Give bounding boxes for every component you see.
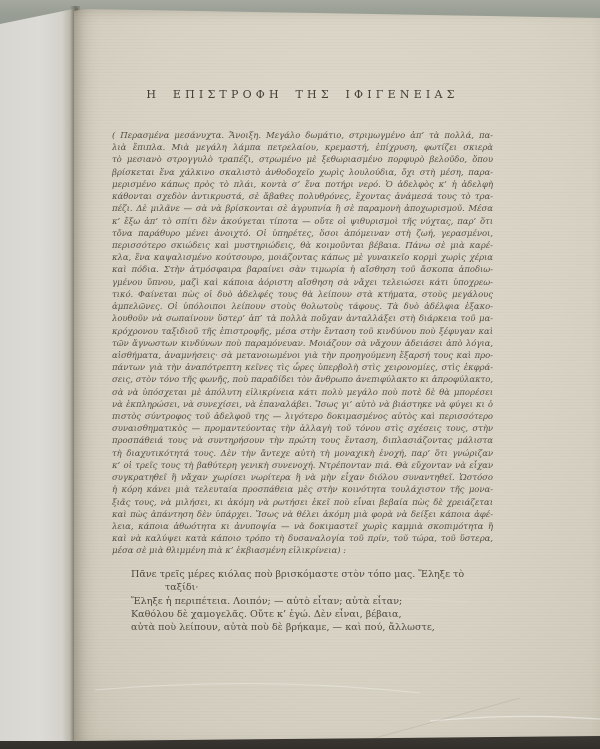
stage-direction-line: συναισθηματικὸς — προμαντεύοντας τὴν ἀλλ…	[112, 423, 493, 435]
stage-direction-line: κρόχρονου ταξιδιοῦ τῆς ἐπιστροφῆς, μέσα …	[112, 326, 493, 338]
page-title: Η ΕΠΙΣΤΡΟΦΗ ΤΗΣ ΙΦΙΓΕΝΕΙΑΣ	[112, 88, 493, 101]
stage-direction-line: προσπάθειά τους νὰ συντηρήσουν τὴν πρώτη…	[112, 435, 493, 447]
stage-direction-line: μέσα σὲ μιὰ θλιμμένη πιὰ κ’ ἐκβιασμένη ε…	[112, 545, 493, 557]
verse-block: Πᾶνε τρεῖς μέρες κιόλας ποὺ βρισκόμαστε …	[131, 568, 512, 634]
stage-direction-line: σὰ νὰ ὑπόσχεται μὲ ἀπόλυτη εἰλικρίνεια κ…	[112, 387, 493, 399]
stage-direction-line: ἡ κόρη κάνει μιὰ τελευταία προσπάθεια μὲ…	[112, 484, 493, 496]
stage-direction-line: πέζι. Δὲ μιλᾶνε — σὰ νὰ βρίσκονται σὲ ἀγ…	[112, 203, 493, 215]
book-page: Η ΕΠΙΣΤΡΟΦΗ ΤΗΣ ΙΦΙΓΕΝΕΙΑΣ ( Περασμένα μ…	[74, 7, 600, 742]
stage-direction-line: ( Περασμένα μεσάνυχτα. Ἄνοιξη. Μεγάλο δω…	[112, 130, 493, 142]
stage-direction-line: κ’ ἔξω ἀπ’ τὸ σπίτι δὲν ἀκούγεται τίποτα…	[112, 216, 493, 228]
stage-direction-line: πάντων γιὰ τὴν ἀναπότρεπτη κεῖνες τὶς ὧρ…	[112, 362, 493, 374]
stage-direction-line: κ’ οἱ τρεῖς τους τὴ βαθύτερη γενικὴ συνε…	[112, 460, 493, 472]
stage-direction-line: ἀμπελῶνες. Οἱ ὑπόλοιποι λείπουν στοὺς θο…	[112, 301, 493, 313]
stage-direction-line: τικό. Φαίνεται πὼς οἱ δυὸ ἀδελφές τους θ…	[112, 289, 493, 301]
stage-direction-line: βρίσκεται ἕνα χάλκινο σκαλιστὸ ἀνθοδοχεῖ…	[112, 167, 493, 179]
facing-page-edge	[0, 0, 78, 741]
stage-direction-line: λεια, κάποια ἀθωότητα κι ἀνυποψία — νὰ δ…	[112, 521, 493, 533]
verse-line: Καθόλου δὲ χαμογελᾶς. Οὔτε κ’ ἐγώ. Δὲν ε…	[131, 608, 512, 621]
stage-direction-line: τὄνα παράθυρο μένει ἀνοιχτό. Οἱ ὑπηρέτες…	[112, 228, 493, 240]
stage-direction-line: περισσότερο σκιώδεις καὶ μυστηριώδεις, θ…	[112, 240, 493, 252]
stage-direction-line: τῶν ἄγνωστων κινδύνων ποὺ παραμόνευαν. Μ…	[112, 338, 493, 350]
stage-direction-line: καὶ πὼς ἀπάντηση δὲν ὑπάρχει. Ἴσως νὰ θέ…	[112, 509, 493, 521]
stage-direction-line: κλα, ἕνα καψαλισμένο κούτσουρο, μοιάζοντ…	[112, 252, 493, 264]
verse-line: Ἔληξε ἡ περιπέτεια. Λοιπόν; — αὐτὸ εἶταν…	[131, 595, 512, 608]
stage-direction-line: τὸ μεσιανὸ στρογγυλὸ τραπέζι, στρωμένο μ…	[112, 154, 493, 166]
stage-direction-line: τὴ διαχυτικότητά τους. Δὲν τὴν ἄντεχε αὐ…	[112, 448, 493, 460]
verse-line: ταξίδι·	[131, 581, 512, 594]
stage-direction-line: λιὰ ἔπιπλα. Μιὰ μεγάλη λάμπα πετρελαίου,…	[112, 142, 493, 154]
stage-direction-line: λουθοῦν νὰ σωπαίνουν ὕστερ’ ἀπ’ τὰ πολλὰ…	[112, 313, 493, 325]
stage-direction: ( Περασμένα μεσάνυχτα. Ἄνοιξη. Μεγάλο δω…	[112, 130, 493, 558]
stage-direction-line: σεις, στὸν τόνο τῆς φωνῆς, ποὺ παραδίδει…	[112, 374, 493, 386]
stage-direction-line: γμένου ὕπνου, μαζὶ καὶ κάποια ἀόριστη αἴ…	[112, 277, 493, 289]
stage-direction-line: καὶ νὰ καλύψει κατὰ κάποιο τρόπο τὴ δυσα…	[112, 533, 493, 545]
stage-direction-line: ξιᾶς τους, νὰ μιλήσει, κι ἀκόμη νὰ ρωτήσ…	[112, 497, 493, 509]
verse-line: αὐτὰ ποὺ λείπουν, αὐτὰ ποὺ δὲ βρήκαμε, —…	[131, 621, 512, 634]
stage-direction-line: καὶ πόδια. Στὴν ἀτμόσφαιρα βαραίνει σὰν …	[112, 264, 493, 276]
stage-direction-line: κάθονται σχεδὸν ἀντικρυστά, σὲ ἄβαθες πο…	[112, 191, 493, 203]
stage-direction-line: συγκρατηθεῖ ἢ νἄχαν χωρίσει νωρίτερα ἢ ν…	[112, 472, 493, 484]
stage-direction-line: νὰ ἐκπληρώσει, νὰ συνεχίσει, νὰ ἐπαναλάβ…	[112, 399, 493, 411]
stage-direction-line: πιστὸς σύντροφος τοῦ ἀδελφοῦ της — λιγότ…	[112, 411, 493, 423]
stage-direction-line: αἰσθήματα, ἀναμνήσεις· σὰ μετανοιωμένοι …	[112, 350, 493, 362]
stage-direction-line: μερισμένο κάπως πρὸς τὸ πλάι, κοντὰ σ’ ἕ…	[112, 179, 493, 191]
verse-line: Πᾶνε τρεῖς μέρες κιόλας ποὺ βρισκόμαστε …	[131, 568, 512, 581]
